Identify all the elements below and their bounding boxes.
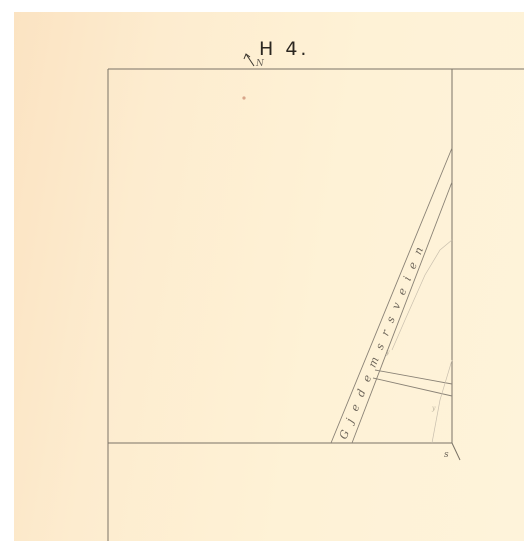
map-drawing: N Gjedemsrsveien y y s bbox=[0, 0, 524, 541]
side-path bbox=[373, 370, 452, 396]
south-label: s bbox=[444, 450, 449, 460]
parcel-mark: y bbox=[385, 349, 390, 356]
north-arrow-icon bbox=[244, 54, 254, 66]
road-label: Gjedemsrsveien bbox=[337, 237, 430, 441]
sheet-frame bbox=[108, 69, 524, 541]
north-label: N bbox=[255, 59, 265, 69]
faint-boundaries bbox=[392, 240, 452, 443]
parcel-mark: y bbox=[431, 405, 436, 412]
road-gjedemsrsveien bbox=[331, 148, 452, 443]
road-edge-east bbox=[352, 182, 452, 443]
frame-corner-tick bbox=[452, 443, 460, 460]
road-edge-west bbox=[331, 148, 452, 443]
paper-spot bbox=[242, 96, 245, 99]
